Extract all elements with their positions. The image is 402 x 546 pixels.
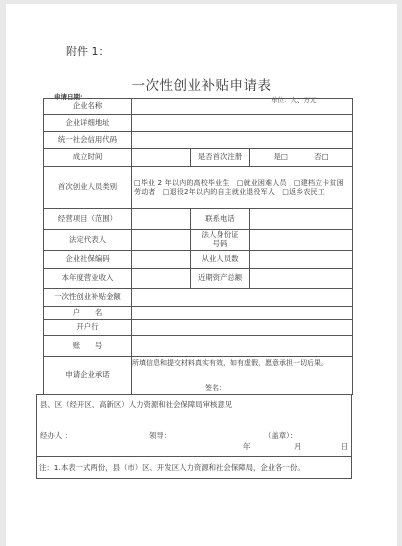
employees-label: 从业人员数 <box>191 251 250 269</box>
form-title: 一次性创业补贴申请表 <box>6 74 397 94</box>
pledge-cell: 所填信息和提交材料真实有效，如有虚假，愿意承担一切后果。 签名： <box>132 357 353 395</box>
annual-revenue-field[interactable] <box>132 269 191 289</box>
row-pledge: 申请企业承诺 所填信息和提交材料真实有效，如有虚假，愿意承担一切后果。 签名： <box>44 357 353 395</box>
credit-code-label: 统一社会信用代码 <box>44 132 132 149</box>
day-label: 日 <box>341 441 348 452</box>
established-field[interactable] <box>132 149 191 167</box>
handler-label: 经办人 ： <box>40 430 72 441</box>
company-address-label: 企业详细地址 <box>44 115 132 132</box>
leader-label: 领导： <box>149 430 171 441</box>
row-company-name: 企业名称 <box>44 99 353 115</box>
row-revenue: 本年度营业收入 近期资产总额 <box>44 269 353 289</box>
business-scope-label: 经营项目（范围） <box>44 209 132 230</box>
credit-code-field[interactable] <box>132 132 353 149</box>
legal-id-field[interactable] <box>250 230 353 251</box>
bank-field[interactable] <box>132 320 353 336</box>
review-table: 县、区（经开区、高新区）人力资源和社会保障局审核意见 经办人 ： 领导： （盖章… <box>36 394 352 479</box>
total-assets-field[interactable] <box>250 269 353 289</box>
note-text: 注：1.本表一式两份，县（市）区、开发区人力资源和社会保障局，企业各一份。 <box>37 457 352 479</box>
row-business-scope: 经营项目（范围） 联系电话 <box>44 209 353 230</box>
document-page: 附件 1： 一次性创业补贴申请表 申请日期: 单位：人、万元 企业名称 企业详细… <box>6 4 397 546</box>
review-title: 县、区（经开区、高新区）人力资源和社会保障局审核意见 <box>40 399 232 410</box>
first-entrepreneur-label: 首次创业人员类别 <box>44 167 132 209</box>
no-checkbox[interactable]: 否□ <box>314 152 328 161</box>
year-label: 年 <box>243 441 250 452</box>
company-address-field[interactable] <box>132 115 353 132</box>
row-credit-code: 统一社会信用代码 <box>44 132 353 149</box>
employees-field[interactable] <box>250 251 353 269</box>
first-registration-label: 是否首次注册 <box>191 149 250 167</box>
subsidy-amount-label: 一次性创业补贴金额 <box>44 289 132 307</box>
first-entrepreneur-options[interactable]: □毕业 2 年以内的高校毕业生 □就业困难人员 □建档立卡贫困劳动者 □退役2年… <box>132 167 353 209</box>
row-account-name: 户 名 <box>44 307 353 320</box>
subsidy-amount-field[interactable] <box>132 289 353 307</box>
bank-label: 开户行 <box>44 320 132 336</box>
signature-label: 签名： <box>205 384 226 392</box>
review-cell: 县、区（经开区、高新区）人力资源和社会保障局审核意见 经办人 ： 领导： （盖章… <box>37 395 352 457</box>
legal-rep-field[interactable] <box>132 230 191 251</box>
account-no-field[interactable] <box>132 336 353 357</box>
pledge-label: 申请企业承诺 <box>44 357 132 395</box>
row-subsidy-amount: 一次性创业补贴金额 <box>44 289 353 307</box>
attachment-label: 附件 1： <box>66 43 110 59</box>
row-note: 注：1.本表一式两份，县（市）区、开发区人力资源和社会保障局，企业各一份。 <box>37 457 352 479</box>
seal-label: （盖章）： <box>264 430 297 441</box>
first-registration-options: 是□ 否□ <box>250 149 353 167</box>
account-name-label: 户 名 <box>44 307 132 320</box>
account-no-label: 账 号 <box>44 336 132 357</box>
row-review: 县、区（经开区、高新区）人力资源和社会保障局审核意见 经办人 ： 领导： （盖章… <box>37 395 352 457</box>
row-company-address: 企业详细地址 <box>44 115 353 132</box>
row-first-entrepreneur: 首次创业人员类别 □毕业 2 年以内的高校毕业生 □就业困难人员 □建档立卡贫困… <box>44 167 353 209</box>
established-label: 成立时间 <box>44 149 132 167</box>
phone-field[interactable] <box>250 209 353 230</box>
phone-label: 联系电话 <box>191 209 250 230</box>
legal-id-label: 法人身份证号码 <box>191 230 250 251</box>
row-account-no: 账 号 <box>44 336 353 357</box>
account-name-field[interactable] <box>132 307 353 320</box>
row-legal-rep: 法定代表人 法人身份证号码 <box>44 230 353 251</box>
legal-rep-label: 法定代表人 <box>44 230 132 251</box>
month-label: 月 <box>294 441 301 452</box>
application-form-table: 企业名称 企业详细地址 统一社会信用代码 成立时间 是否首次注册 是□ 否□ 首… <box>43 98 353 395</box>
row-established: 成立时间 是否首次注册 是□ 否□ <box>44 149 353 167</box>
yes-checkbox[interactable]: 是□ <box>273 152 287 161</box>
company-name-label: 企业名称 <box>44 99 132 115</box>
company-name-field[interactable] <box>132 99 353 115</box>
business-scope-field[interactable] <box>132 209 191 230</box>
total-assets-label: 近期资产总额 <box>191 269 250 289</box>
row-social-security: 企业社保编码 从业人员数 <box>44 251 353 269</box>
social-security-field[interactable] <box>132 251 191 269</box>
row-bank: 开户行 <box>44 320 353 336</box>
pledge-text: 所填信息和提交材料真实有效，如有虚假，愿意承担一切后果。 <box>132 359 328 367</box>
annual-revenue-label: 本年度营业收入 <box>44 269 132 289</box>
social-security-label: 企业社保编码 <box>44 251 132 269</box>
